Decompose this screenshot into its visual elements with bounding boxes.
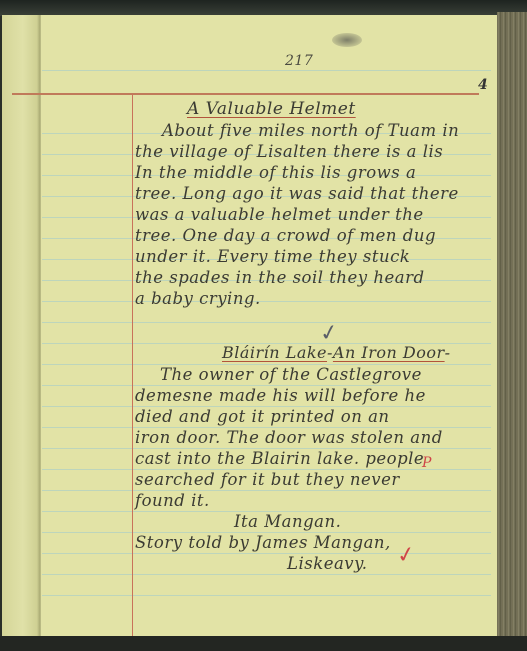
ruled-line bbox=[42, 595, 491, 596]
story2-title-end: - bbox=[445, 343, 451, 362]
red-check-mark-icon: ✓ bbox=[395, 542, 418, 570]
story2-title-part1: Bláirín Lake bbox=[222, 343, 327, 362]
told-by: Story told by James Mangan, bbox=[135, 533, 391, 552]
story2-line: cast into the Blairin lake. people bbox=[135, 449, 424, 468]
story2-line: The owner of the Castlegrove bbox=[160, 365, 422, 384]
header-red-line bbox=[12, 93, 479, 95]
story1-line: About five miles north of Tuam in bbox=[162, 121, 459, 140]
story2-title-part2: An Iron Door bbox=[333, 343, 445, 362]
ruled-line bbox=[42, 490, 491, 491]
story1-line: was a valuable helmet under the bbox=[135, 205, 424, 224]
ruled-line bbox=[42, 322, 491, 323]
corner-mark: 4 bbox=[478, 77, 488, 93]
story1-line: the spades in the soil they heard bbox=[135, 268, 425, 287]
place-name: Liskeavy. bbox=[287, 554, 368, 573]
story1-line: the village of Lisalten there is a lis bbox=[135, 142, 443, 161]
writer-name: Ita Mangan. bbox=[234, 512, 341, 531]
scan-top-border bbox=[0, 0, 527, 16]
margin-red-line bbox=[132, 94, 133, 637]
story1-line: under it. Every time they stuck bbox=[135, 247, 410, 266]
story2-line: iron door. The door was stolen and bbox=[135, 428, 443, 447]
ruled-line bbox=[42, 301, 491, 302]
ruled-line bbox=[42, 70, 491, 71]
story2-line: found it. bbox=[135, 491, 210, 510]
scan-bottom-border bbox=[0, 636, 527, 651]
notebook-page: 217 4 A Valuable Helmet About five miles… bbox=[2, 15, 497, 637]
page-number: 217 bbox=[285, 53, 313, 69]
ink-smudge bbox=[332, 33, 362, 47]
red-correction-mark: P bbox=[422, 455, 431, 471]
story2-line: died and got it printed on an bbox=[135, 407, 390, 426]
ruled-line bbox=[42, 553, 491, 554]
story1-title: A Valuable Helmet bbox=[187, 99, 356, 119]
story1-line: tree. Long ago it was said that there bbox=[135, 184, 459, 203]
story1-line: In the middle of this lis grows a bbox=[135, 163, 416, 182]
story1-line: a baby crying. bbox=[135, 289, 261, 308]
story2-title: Bláirín Lake-An Iron Door- bbox=[222, 343, 451, 362]
story1-line: tree. One day a crowd of men dug bbox=[135, 226, 436, 245]
story2-line: demesne made his will before he bbox=[135, 386, 426, 405]
page-gutter bbox=[2, 15, 41, 637]
book-page-edges bbox=[497, 12, 527, 640]
story2-line: searched for it but they never bbox=[135, 470, 400, 489]
ruled-line bbox=[42, 574, 491, 575]
